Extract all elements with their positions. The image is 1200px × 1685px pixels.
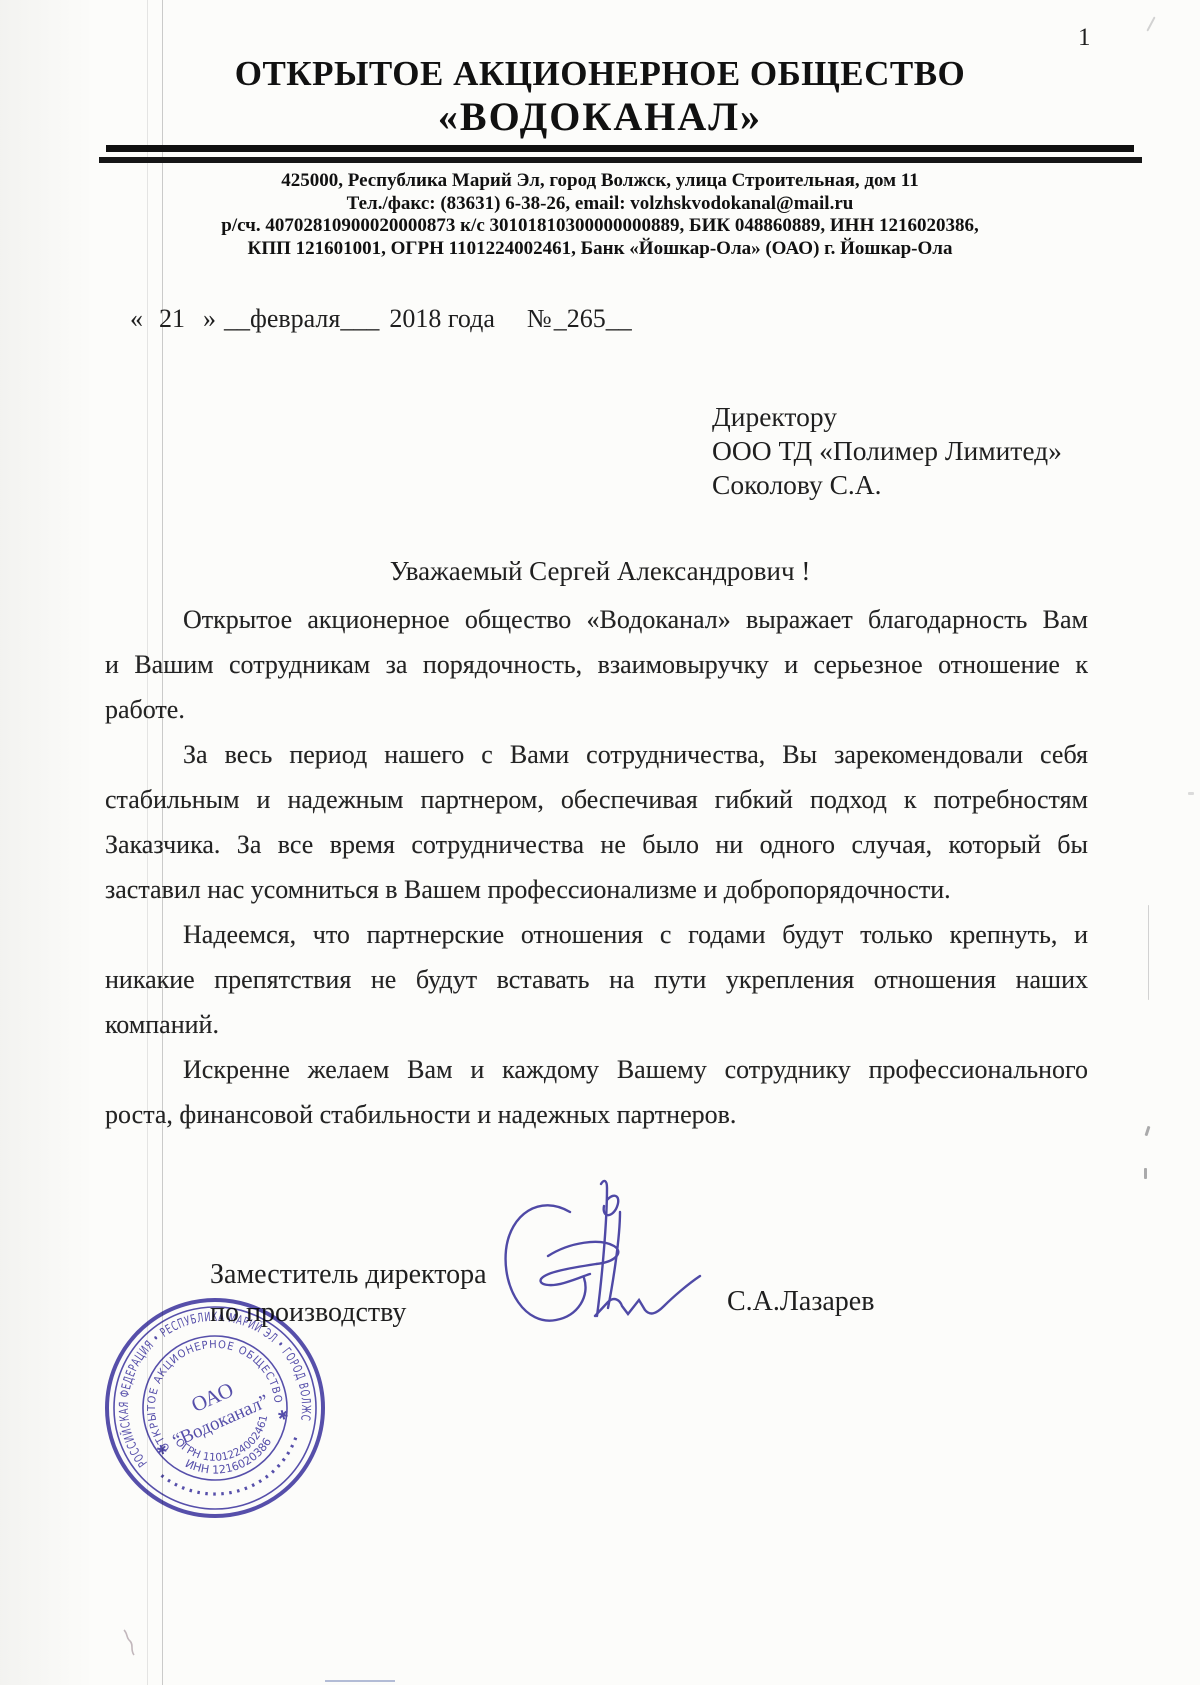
scan-speck [1188,792,1194,795]
letterhead-rule-top [106,145,1134,152]
body-line: стабильным и надежным партнером, обеспеч… [105,783,1088,828]
signer-name: С.А.Лазарев [727,1286,874,1318]
body-line: никакие препятствия не будут вставать на… [105,963,1088,1008]
scan-bottom-dash [325,1680,395,1682]
body-line: Искренне желаем Вам и каждому Вашему сот… [105,1053,1088,1098]
recipient-role: Директору [712,400,1062,434]
body-line: За весь период нашего с Вами сотрудничес… [105,738,1088,783]
doc-number: _265__ [554,304,632,334]
date-month-blank: __февраля___ [224,304,379,334]
letter-body: Открытое акционерное общество «Водоканал… [105,603,1088,1143]
scan-corner-squiggle [120,1628,140,1658]
scanned-letter-page: 1 ОТКРЫТОЕ АКЦИОНЕРНОЕ ОБЩЕСТВО «ВОДОКАН… [0,0,1200,1685]
doc-number-sign: № [527,304,552,334]
body-line: компаний. [105,1008,1088,1053]
salutation: Уважаемый Сергей Александрович ! [0,556,1200,587]
scan-speck [1145,1126,1151,1136]
body-line: заставил нас усомниться в Вашем професси… [105,873,1088,918]
recipient-person: Соколову С.А. [712,468,1062,502]
date-number-line: «21»__февраля___2018 года№_265__ [130,304,632,334]
org-type-title: ОТКРЫТОЕ АКЦИОНЕРНОЕ ОБЩЕСТВО [0,54,1200,94]
body-line: роста, финансовой стабильности и надежны… [105,1098,1088,1143]
date-open-quote: « [130,304,143,334]
body-line: Заказчика. За все время сотрудничества н… [105,828,1088,873]
company-round-stamp: РОССИЙСКАЯ ФЕДЕРАЦИЯ • РЕСПУБЛИКА МАРИЙ … [95,1288,335,1528]
date-close-quote: » [203,304,216,334]
contact-address-line: 425000, Республика Марий Эл, город Волжс… [0,170,1200,193]
body-line: Надеемся, что партнерские отношения с го… [105,918,1088,963]
date-year: 2018 года [389,304,495,334]
scan-streak [1148,905,1149,1000]
scan-speck [1146,16,1155,31]
contact-phone-line: Тел./факс: (83631) 6-38-26, email: volzh… [0,193,1200,216]
stamp-outer-ring-text: РОССИЙСКАЯ ФЕДЕРАЦИЯ • РЕСПУБЛИКА МАРИЙ … [95,1288,321,1474]
handwritten-signature [498,1176,708,1348]
date-day: 21 [159,304,185,334]
recipient-company: ООО ТД «Полимер Лимитед» [712,434,1062,468]
contact-bank-line-1: р/сч. 40702810900020000873 к/с 301018103… [0,215,1200,238]
org-name-title: «ВОДОКАНАЛ» [0,93,1200,140]
body-line: работе. [105,693,1088,738]
body-line: Открытое акционерное общество «Водоканал… [105,603,1088,648]
stamp-star-right-icon: ✱ [276,1407,291,1424]
recipient-block: Директору ООО ТД «Полимер Лимитед» Сокол… [712,400,1062,502]
letterhead-contacts: 425000, Республика Марий Эл, город Волжс… [0,170,1200,260]
letterhead-rule-bottom [99,157,1142,163]
contact-bank-line-2: КПП 121601001, ОГРН 1101224002461, Банк … [0,238,1200,261]
page-number: 1 [1078,24,1091,52]
scan-speck [1144,1168,1147,1179]
body-line: и Вашим сотрудникам за порядочность, вза… [105,648,1088,693]
